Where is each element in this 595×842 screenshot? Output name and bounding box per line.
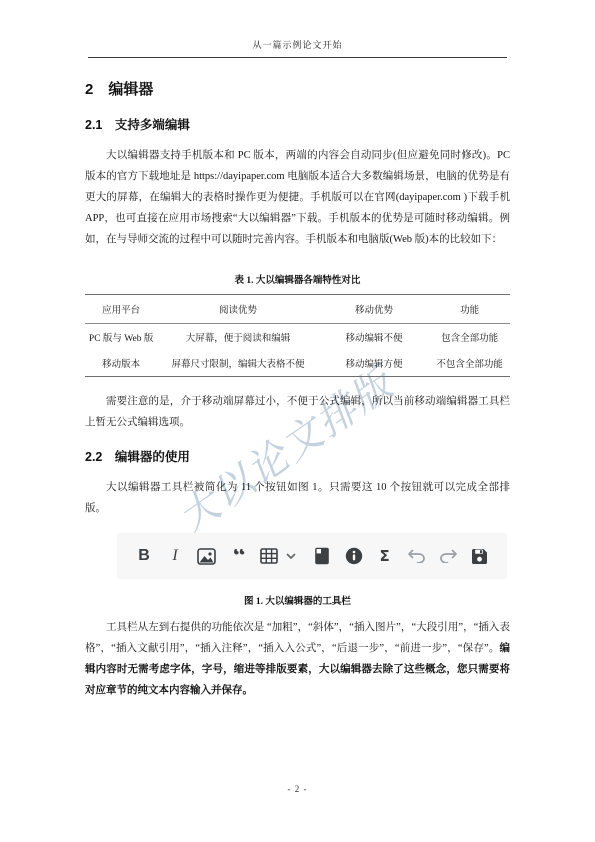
table-cell: 移动版本 [85, 350, 157, 377]
subsection-heading-2-1: 2.1 支持多端编辑 [85, 115, 510, 133]
table-dropdown-chevron-icon[interactable] [282, 544, 300, 568]
table-header-cell: 应用平台 [85, 295, 157, 324]
table-header-cell: 阅读优势 [157, 295, 319, 324]
table-cell: 移动编辑方便 [319, 350, 430, 377]
table-cell: 大屏幕，便于阅读和编辑 [157, 324, 319, 351]
save-icon[interactable] [471, 544, 489, 568]
formula-sigma-icon[interactable]: Σ [376, 544, 394, 568]
blockquote-icon[interactable]: “ [229, 549, 247, 563]
table-cell: 不包含全部功能 [429, 350, 510, 377]
table-row: 移动版本 屏幕尺寸限制，编辑大表格不便 移动编辑方便 不包含全部功能 [85, 350, 510, 377]
italic-icon[interactable]: I [166, 544, 184, 568]
redo-icon[interactable] [439, 544, 458, 568]
insert-table-icon[interactable] [260, 544, 278, 568]
insert-table-group [260, 544, 300, 568]
paragraph-toolbar-intro: 大以编辑器工具栏被简化为 11 个按钮如图 1。只需要这 10 个按钮就可以完成… [85, 477, 510, 519]
undo-icon[interactable] [407, 544, 426, 568]
citation-icon[interactable] [313, 544, 331, 568]
table-cell: 包含全部功能 [429, 324, 510, 351]
paragraph-multi-device: 大以编辑器支持手机版本和 PC 版本，两端的内容会自动同步(但应避免同时修改)。… [85, 145, 510, 250]
comparison-table: 应用平台 阅读优势 移动优势 功能 PC 版与 Web 版 大屏幕，便于阅读和编… [85, 294, 510, 377]
paragraph-normal-run: 工具栏从左到右提供的功能依次是 “加粗”，“斜体”，“插入图片”，“大段引用”，… [85, 622, 510, 654]
paragraph-formula-note: 需要注意的是，介于移动端屏幕过小，不便于公式编辑，所以当前移动端编辑器工具栏上暂… [85, 391, 510, 433]
table-header-row: 应用平台 阅读优势 移动优势 功能 [85, 295, 510, 324]
content-column: 2 编辑器 2.1 支持多端编辑 大以编辑器支持手机版本和 PC 版本，两端的内… [85, 70, 510, 701]
section-heading: 2 编辑器 [85, 78, 510, 99]
subsection-heading-2-2: 2.2 编辑器的使用 [85, 447, 510, 465]
insert-image-icon[interactable] [197, 544, 216, 568]
annotation-info-icon[interactable] [345, 544, 363, 568]
page-number: - 2 - [0, 784, 595, 794]
table-cell: 移动编辑不便 [319, 324, 430, 351]
table-cell: PC 版与 Web 版 [85, 324, 157, 351]
running-header: 从一篇示例论文开始 [88, 38, 507, 58]
editor-toolbar: B I “ [117, 533, 507, 579]
table-caption: 表 1. 大以编辑器各端特性对比 [85, 272, 510, 286]
paragraph-toolbar-functions: 工具栏从左到右提供的功能依次是 “加粗”，“斜体”，“插入图片”，“大段引用”，… [85, 617, 510, 701]
table-header-cell: 功能 [429, 295, 510, 324]
table-header-cell: 移动优势 [319, 295, 430, 324]
figure-caption: 图 1. 大以编辑器的工具栏 [85, 593, 510, 607]
document-page: 从一篇示例论文开始 大以论文排版 2 编辑器 2.1 支持多端编辑 大以编辑器支… [0, 0, 595, 842]
table-cell: 屏幕尺寸限制，编辑大表格不便 [157, 350, 319, 377]
bold-icon[interactable]: B [135, 544, 153, 568]
table-row: PC 版与 Web 版 大屏幕，便于阅读和编辑 移动编辑不便 包含全部功能 [85, 324, 510, 351]
